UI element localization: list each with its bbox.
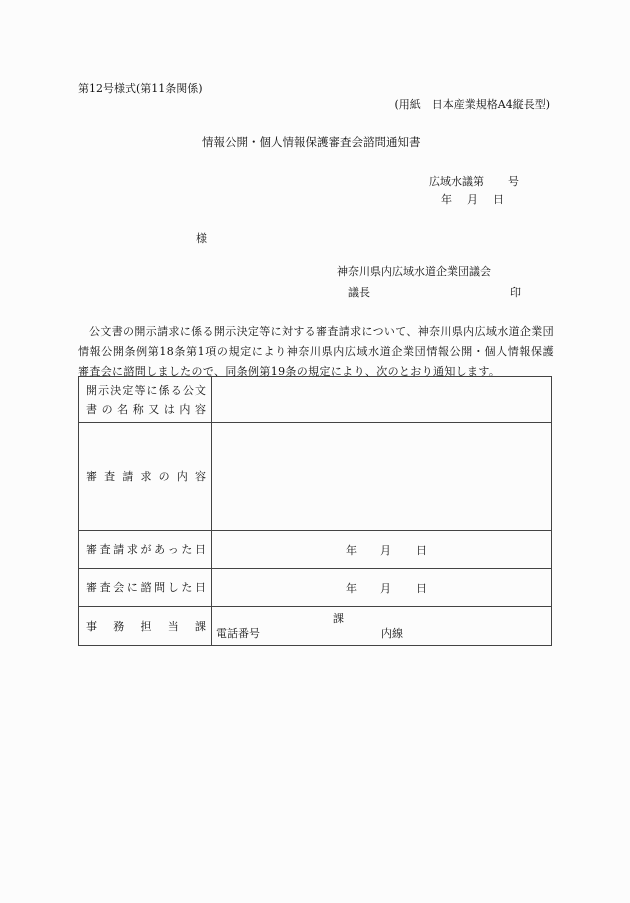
label-char: 求 — [127, 540, 138, 559]
label-char: 日 — [195, 578, 206, 597]
issue-year-label: 年 — [441, 193, 467, 207]
table-row-office-in-charge: 事 務 担 当 課 課 電話番号 内線 — [79, 607, 552, 646]
label-char: っ — [168, 540, 179, 559]
label-line: 審 査 請 求 が あ っ た 日 — [86, 540, 206, 559]
document-name-field[interactable] — [212, 377, 552, 423]
label-char: 査 — [100, 540, 111, 559]
request-date-field[interactable]: 年月日 — [212, 531, 552, 569]
label-char: 名 — [117, 400, 128, 419]
label-char: 定 — [122, 381, 133, 400]
day-label: 日 — [416, 580, 427, 596]
reference-suffix: 号 — [508, 175, 519, 188]
label-char: 又 — [148, 400, 159, 419]
label-char: 査 — [104, 467, 115, 486]
label-char: 書 — [86, 400, 97, 419]
office-in-charge-field[interactable]: 課 電話番号 内線 — [212, 607, 552, 646]
label-char: は — [164, 400, 175, 419]
label-char: た — [181, 540, 192, 559]
label-request-date: 審 査 請 求 が あ っ た 日 — [79, 531, 212, 569]
request-content-field[interactable] — [212, 423, 552, 531]
phone-number-label: 電話番号 — [216, 627, 260, 641]
label-char: の — [159, 467, 170, 486]
table-row-request-content: 審 査 請 求 の 内 容 — [79, 423, 552, 531]
label-char: 容 — [195, 400, 206, 419]
year-label: 年 — [346, 580, 380, 596]
reference-number: 広域水議第号 — [429, 175, 519, 189]
label-line: 審 査 請 求 の 内 容 — [86, 467, 206, 486]
inquiry-date-field[interactable]: 年月日 — [212, 569, 552, 607]
year-label: 年 — [346, 542, 380, 558]
sender-title: 議長 — [348, 286, 370, 300]
label-char: 文 — [195, 381, 206, 400]
label-char: あ — [154, 540, 165, 559]
label-char: 容 — [195, 467, 206, 486]
label-char: 担 — [141, 617, 152, 636]
notice-form-table: 開 示 決 定 等 に 係 る 公 文 書 の 名 称 又 は — [78, 376, 552, 646]
label-line: 事 務 担 当 課 — [86, 617, 206, 636]
label-char: 等 — [134, 381, 145, 400]
month-label: 月 — [380, 580, 416, 596]
notice-body-text: 公文書の開示請求に係る開示決定等に対する審査請求について、神奈川県内広域水道企業… — [78, 322, 554, 382]
label-char: 日 — [195, 540, 206, 559]
label-char: に — [127, 578, 138, 597]
seal-mark: 印 — [510, 286, 521, 300]
label-line-1: 開 示 決 定 等 に 係 る 公 文 — [86, 381, 206, 400]
request-date-parts: 年月日 — [346, 542, 427, 558]
label-char: 求 — [140, 467, 151, 486]
label-request-content: 審 査 請 求 の 内 容 — [79, 423, 212, 531]
document-title: 情報公開・個人情報保護審査会諮問通知書 — [202, 135, 421, 149]
section-suffix: 課 — [333, 612, 344, 626]
issue-date: 年月日 — [441, 193, 504, 207]
label-char: 係 — [159, 381, 170, 400]
table-row-document-name: 開 示 決 定 等 に 係 る 公 文 書 の 名 称 又 は — [79, 377, 552, 423]
label-document-name: 開 示 決 定 等 に 係 る 公 文 書 の 名 称 又 は — [79, 377, 212, 423]
issue-day-label: 日 — [493, 193, 504, 206]
label-char: の — [102, 400, 113, 419]
month-label: 月 — [380, 542, 416, 558]
label-char: 称 — [133, 400, 144, 419]
label-line-2: 書 の 名 称 又 は 内 容 — [86, 400, 206, 419]
label-char: 事 — [86, 617, 97, 636]
label-char: 請 — [122, 467, 133, 486]
label-char: 請 — [113, 540, 124, 559]
label-char: 諮 — [141, 578, 152, 597]
form-number: 第12号様式(第11条関係) — [78, 82, 203, 96]
reference-prefix: 広域水議第 — [429, 175, 484, 188]
label-line: 審 査 会 に 諮 問 し た 日 — [86, 578, 206, 597]
label-char: 決 — [110, 381, 121, 400]
label-char: た — [181, 578, 192, 597]
inquiry-date-parts: 年月日 — [346, 580, 427, 596]
label-char: 問 — [154, 578, 165, 597]
label-char: る — [171, 381, 182, 400]
table-row-request-date: 審 査 請 求 が あ っ た 日 年月日 — [79, 531, 552, 569]
extension-label: 内線 — [381, 627, 403, 641]
label-char: 査 — [100, 578, 111, 597]
addressee-honorific: 様 — [196, 232, 207, 246]
label-char: 示 — [98, 381, 109, 400]
table-row-inquiry-date: 審 査 会 に 諮 問 し た 日 年月日 — [79, 569, 552, 607]
label-char: 審 — [86, 578, 97, 597]
sender-organization: 神奈川県内広域水道企業団議会 — [337, 265, 491, 279]
label-char: が — [141, 540, 152, 559]
label-char: 当 — [168, 617, 179, 636]
day-label: 日 — [416, 542, 427, 558]
label-char: に — [147, 381, 158, 400]
label-char: 審 — [86, 467, 97, 486]
issue-month-label: 月 — [467, 193, 493, 207]
label-office-in-charge: 事 務 担 当 課 — [79, 607, 212, 646]
label-char: 公 — [183, 381, 194, 400]
paper-spec: (用紙 日本産業規格A4縦長型) — [394, 98, 550, 112]
label-char: 開 — [86, 381, 97, 400]
label-char: 務 — [113, 617, 124, 636]
label-char: 審 — [86, 540, 97, 559]
label-char: 課 — [195, 617, 206, 636]
label-char: し — [168, 578, 179, 597]
label-char: 内 — [179, 400, 190, 419]
label-inquiry-date: 審 査 会 に 諮 問 し た 日 — [79, 569, 212, 607]
label-char: 会 — [113, 578, 124, 597]
label-char: 内 — [177, 467, 188, 486]
